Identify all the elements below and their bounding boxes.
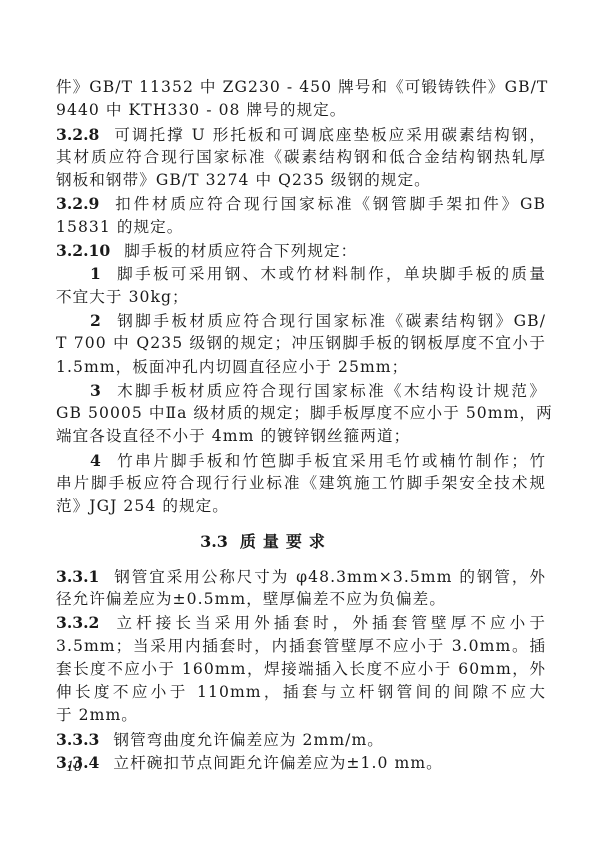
paragraph-line: 伸长度不应小于 110mm，插套与立杆钢管间的间隙不应大	[56, 681, 546, 704]
clause-number: 3.3.2	[56, 613, 99, 632]
clause-3-2-9: 3.2.9扣件材质应符合现行国家标准《钢管脚手架扣件》GB	[56, 192, 546, 215]
paragraph-line: 15831 的规定。	[56, 216, 546, 239]
section-heading: 3.3质量要求	[56, 519, 546, 565]
item-text: 钢脚手板材质应符合现行国家标准《碳素结构钢》GB/	[116, 312, 546, 330]
item-text: 竹串片脚手板和竹笆脚手板宜采用毛竹或楠竹制作；竹	[116, 452, 546, 470]
paragraph-line: 1.5mm，板面冲孔内切圆直径应小于 25mm；	[56, 356, 546, 379]
list-item-1: 1脚手板可采用钢、木或竹材料制作，单块脚手板的质量	[56, 262, 546, 285]
clause-3-3-3: 3.3.3钢管弯曲度允许偏差应为 2mm/m。	[56, 728, 546, 751]
list-item-4: 4竹串片脚手板和竹笆脚手板宜采用毛竹或楠竹制作；竹	[56, 449, 546, 472]
paragraph-line: 9440 中 KTH330 - 08 牌号的规定。	[56, 99, 546, 122]
clause-text: 可调托撑 U 形托板和可调底座垫板应采用碳素结构钢，	[113, 126, 546, 144]
section-number: 3.3	[200, 532, 228, 551]
list-item-2: 2钢脚手板材质应符合现行国家标准《碳素结构钢》GB/	[56, 309, 546, 332]
clause-number: 3.3.3	[56, 730, 99, 749]
clause-number: 3.2.8	[56, 125, 99, 144]
clause-3-3-1: 3.3.1钢管宜采用公称尺寸为 φ48.3mm×3.5mm 的钢管，外	[56, 565, 546, 588]
paragraph-line: 串片脚手板应符合现行行业标准《建筑施工竹脚手架安全技术规	[56, 472, 546, 495]
item-number: 3	[90, 381, 102, 400]
page-number: 10	[66, 758, 82, 776]
item-number: 4	[90, 451, 102, 470]
item-number: 1	[90, 264, 102, 283]
paragraph-line: 钢板和钢带》GB/T 3274 中 Q235 级钢的规定。	[56, 169, 546, 192]
item-text: 木脚手板材质应符合现行国家标准《木结构设计规范》	[116, 382, 546, 400]
paragraph-line: 套长度不应小于 160mm，焊接端插入长度不应小于 60mm，外	[56, 658, 546, 681]
clause-3-2-10: 3.2.10脚手板的材质应符合下列规定：	[56, 239, 546, 262]
clause-3-2-8: 3.2.8可调托撑 U 形托板和可调底座垫板应采用碳素结构钢，	[56, 123, 546, 146]
clause-3-3-2: 3.3.2立杆接长当采用外插套时，外插套管壁厚不应小于	[56, 611, 546, 634]
clause-3-3-4: 3.3.4立杆碗扣节点间距允许偏差应为±1.0 mm。	[56, 751, 546, 774]
paragraph-line: 端宜各设直径不小于 4mm 的镀锌钢丝箍两道；	[56, 425, 546, 448]
clause-text: 脚手板的材质应符合下列规定：	[124, 242, 357, 260]
section-title: 质量要求	[240, 532, 332, 551]
clause-text: 钢管弯曲度允许偏差应为 2mm/m。	[113, 731, 384, 749]
paragraph-line: 件》GB/T 11352 中 ZG230 - 450 牌号和《可锻铸铁件》GB/…	[56, 76, 546, 99]
paragraph-line: 径允许偏差应为±0.5mm，壁厚偏差不应为负偏差。	[56, 588, 546, 611]
clause-text: 钢管宜采用公称尺寸为 φ48.3mm×3.5mm 的钢管，外	[113, 568, 546, 586]
paragraph-line: 3.5mm；当采用内插套时，内插套管壁厚不应小于 3.0mm。插	[56, 635, 546, 658]
list-item-3: 3木脚手板材质应符合现行国家标准《木结构设计规范》	[56, 379, 546, 402]
clause-text: 扣件材质应符合现行国家标准《钢管脚手架扣件》GB	[113, 195, 546, 213]
clause-text: 立杆碗扣节点间距允许偏差应为±1.0 mm。	[113, 754, 442, 772]
paragraph-line: T 700 中 Q235 级钢的规定；冲压钢脚手板的钢板厚度不宜小于	[56, 332, 546, 355]
paragraph-line: GB 50005 中Ⅱa 级材质的规定；脚手板厚度不应小于 50mm，两	[56, 402, 546, 425]
body-text: 件》GB/T 11352 中 ZG230 - 450 牌号和《可锻铸铁件》GB/…	[56, 76, 546, 774]
paragraph-line: 于 2mm。	[56, 704, 546, 727]
clause-number: 3.2.9	[56, 194, 99, 213]
clause-number: 3.3.1	[56, 567, 99, 586]
clause-text: 立杆接长当采用外插套时，外插套管壁厚不应小于	[113, 614, 546, 632]
item-number: 2	[90, 311, 102, 330]
paragraph-line: 其材质应符合现行国家标准《碳素结构钢和低合金结构钢热轧厚	[56, 146, 546, 169]
clause-number: 3.2.10	[56, 241, 110, 260]
item-text: 脚手板可采用钢、木或竹材料制作，单块脚手板的质量	[116, 265, 546, 283]
paragraph-line: 不宜大于 30kg；	[56, 286, 546, 309]
paragraph-line: 范》JGJ 254 的规定。	[56, 495, 546, 518]
document-page: 件》GB/T 11352 中 ZG230 - 450 牌号和《可锻铸铁件》GB/…	[0, 0, 600, 848]
